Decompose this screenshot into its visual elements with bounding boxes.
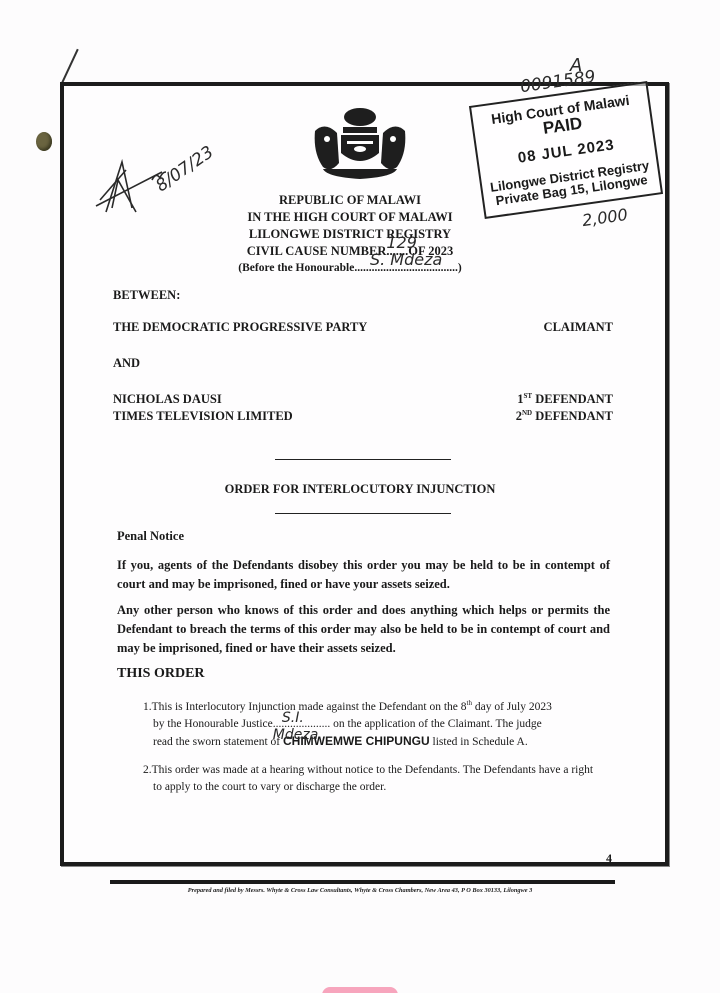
order-item-2: 2.This order was made at a hearing witho… [143, 762, 610, 796]
defendant2-role: 2ND DEFENDANT [516, 409, 613, 424]
defendant1-row: NICHOLAS DAUSI 1ST DEFENDANT [113, 392, 613, 407]
cause-number-handwritten: 129 [386, 234, 408, 251]
claimant-role: CLAIMANT [544, 320, 613, 335]
pen-stroke [60, 49, 79, 86]
footer-rule [110, 880, 615, 884]
defendant2-name: TIMES TELEVISION LIMITED [113, 409, 293, 424]
penal-notice-paragraph-1: If you, agents of the Defendants disobey… [117, 556, 610, 594]
header-registry: LILONGWE DISTRICT REGISTRY [200, 226, 500, 243]
header-before-judge: (Before the Honourable..................… [200, 260, 500, 277]
between-label: BETWEEN: [113, 288, 180, 303]
and-label: AND [113, 356, 140, 371]
punch-hole [36, 132, 52, 151]
page-number: 4 [606, 851, 612, 866]
defendant1-role: 1ST DEFENDANT [517, 392, 613, 407]
and-label-row: AND [113, 356, 613, 371]
penal-notice-label: Penal Notice [117, 529, 184, 544]
document-title: ORDER FOR INTERLOCUTORY INJUNCTION [0, 482, 720, 497]
judge-name-handwritten: S. Mdeza [354, 251, 458, 268]
justice-name-handwritten: S.I. Mdeza [273, 710, 313, 744]
header-republic: REPUBLIC OF MALAWI [200, 192, 500, 209]
penal-notice-paragraph-2: Any other person who knows of this order… [117, 601, 610, 658]
title-rule-top [275, 459, 451, 460]
title-rule-bottom [275, 513, 451, 514]
footer-preparer-note: Prepared and filed by Messrs. Whyte & Cr… [0, 887, 720, 894]
defendant2-row: TIMES TELEVISION LIMITED 2ND DEFENDANT [113, 409, 613, 424]
case-header: REPUBLIC OF MALAWI IN THE HIGH COURT OF … [200, 192, 500, 277]
coat-of-arms-icon [303, 105, 417, 183]
defendant1-name: NICHOLAS DAUSI [113, 392, 222, 407]
header-court: IN THE HIGH COURT OF MALAWI [200, 209, 500, 226]
between-label-row: BETWEEN: [113, 288, 613, 303]
claimant-name: THE DEMOCRATIC PROGRESSIVE PARTY [113, 320, 367, 335]
claimant-row: THE DEMOCRATIC PROGRESSIVE PARTY CLAIMAN… [113, 320, 613, 335]
viewer-handle[interactable] [322, 987, 398, 993]
this-order-heading: THIS ORDER [117, 666, 205, 682]
order-item-1: 1.This is Interlocutory Injunction made … [143, 695, 610, 751]
